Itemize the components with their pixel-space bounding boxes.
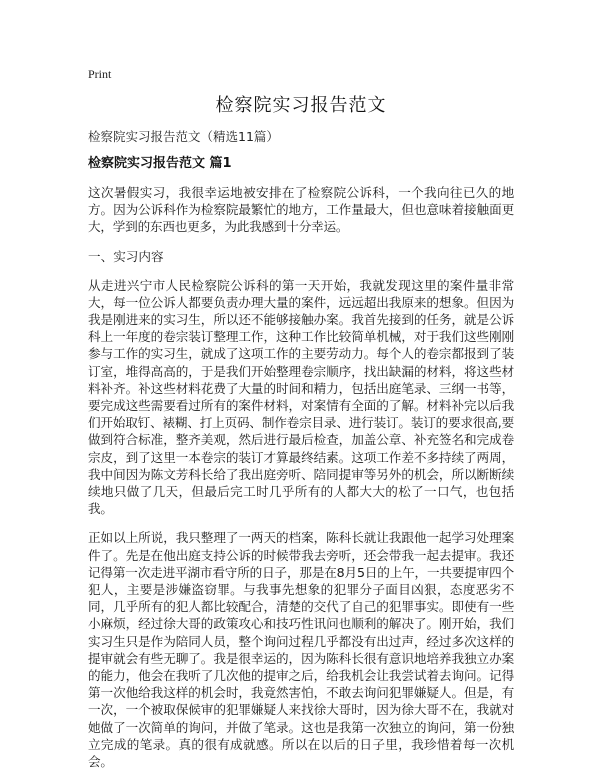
print-label: Print [88, 66, 514, 82]
body-paragraph: 正如以上所说，我只整理了一两天的档案，陈科长就让我跟他一起学习处理案件了。先是在… [88, 529, 514, 770]
subsection-heading: 一、实习内容 [88, 248, 514, 265]
document-title: 检察院实习报告范文 [88, 94, 514, 118]
intro-paragraph: 这次暑假实习，我很幸运地被安排在了检察院公诉科，一个我向往已久的地方。因为公诉科… [88, 184, 514, 236]
document-page: Print 检察院实习报告范文 检察院实习报告范文（精选11篇） 检察院实习报告… [88, 66, 514, 776]
document-subtitle: 检察院实习报告范文（精选11篇） [88, 128, 514, 145]
body-paragraph: 从走进兴宁市人民检察院公诉科的第一天开始，我就发现这里的案件量非常大，每一位公诉… [88, 277, 514, 518]
section-heading: 检察院实习报告范文 篇1 [88, 155, 514, 172]
